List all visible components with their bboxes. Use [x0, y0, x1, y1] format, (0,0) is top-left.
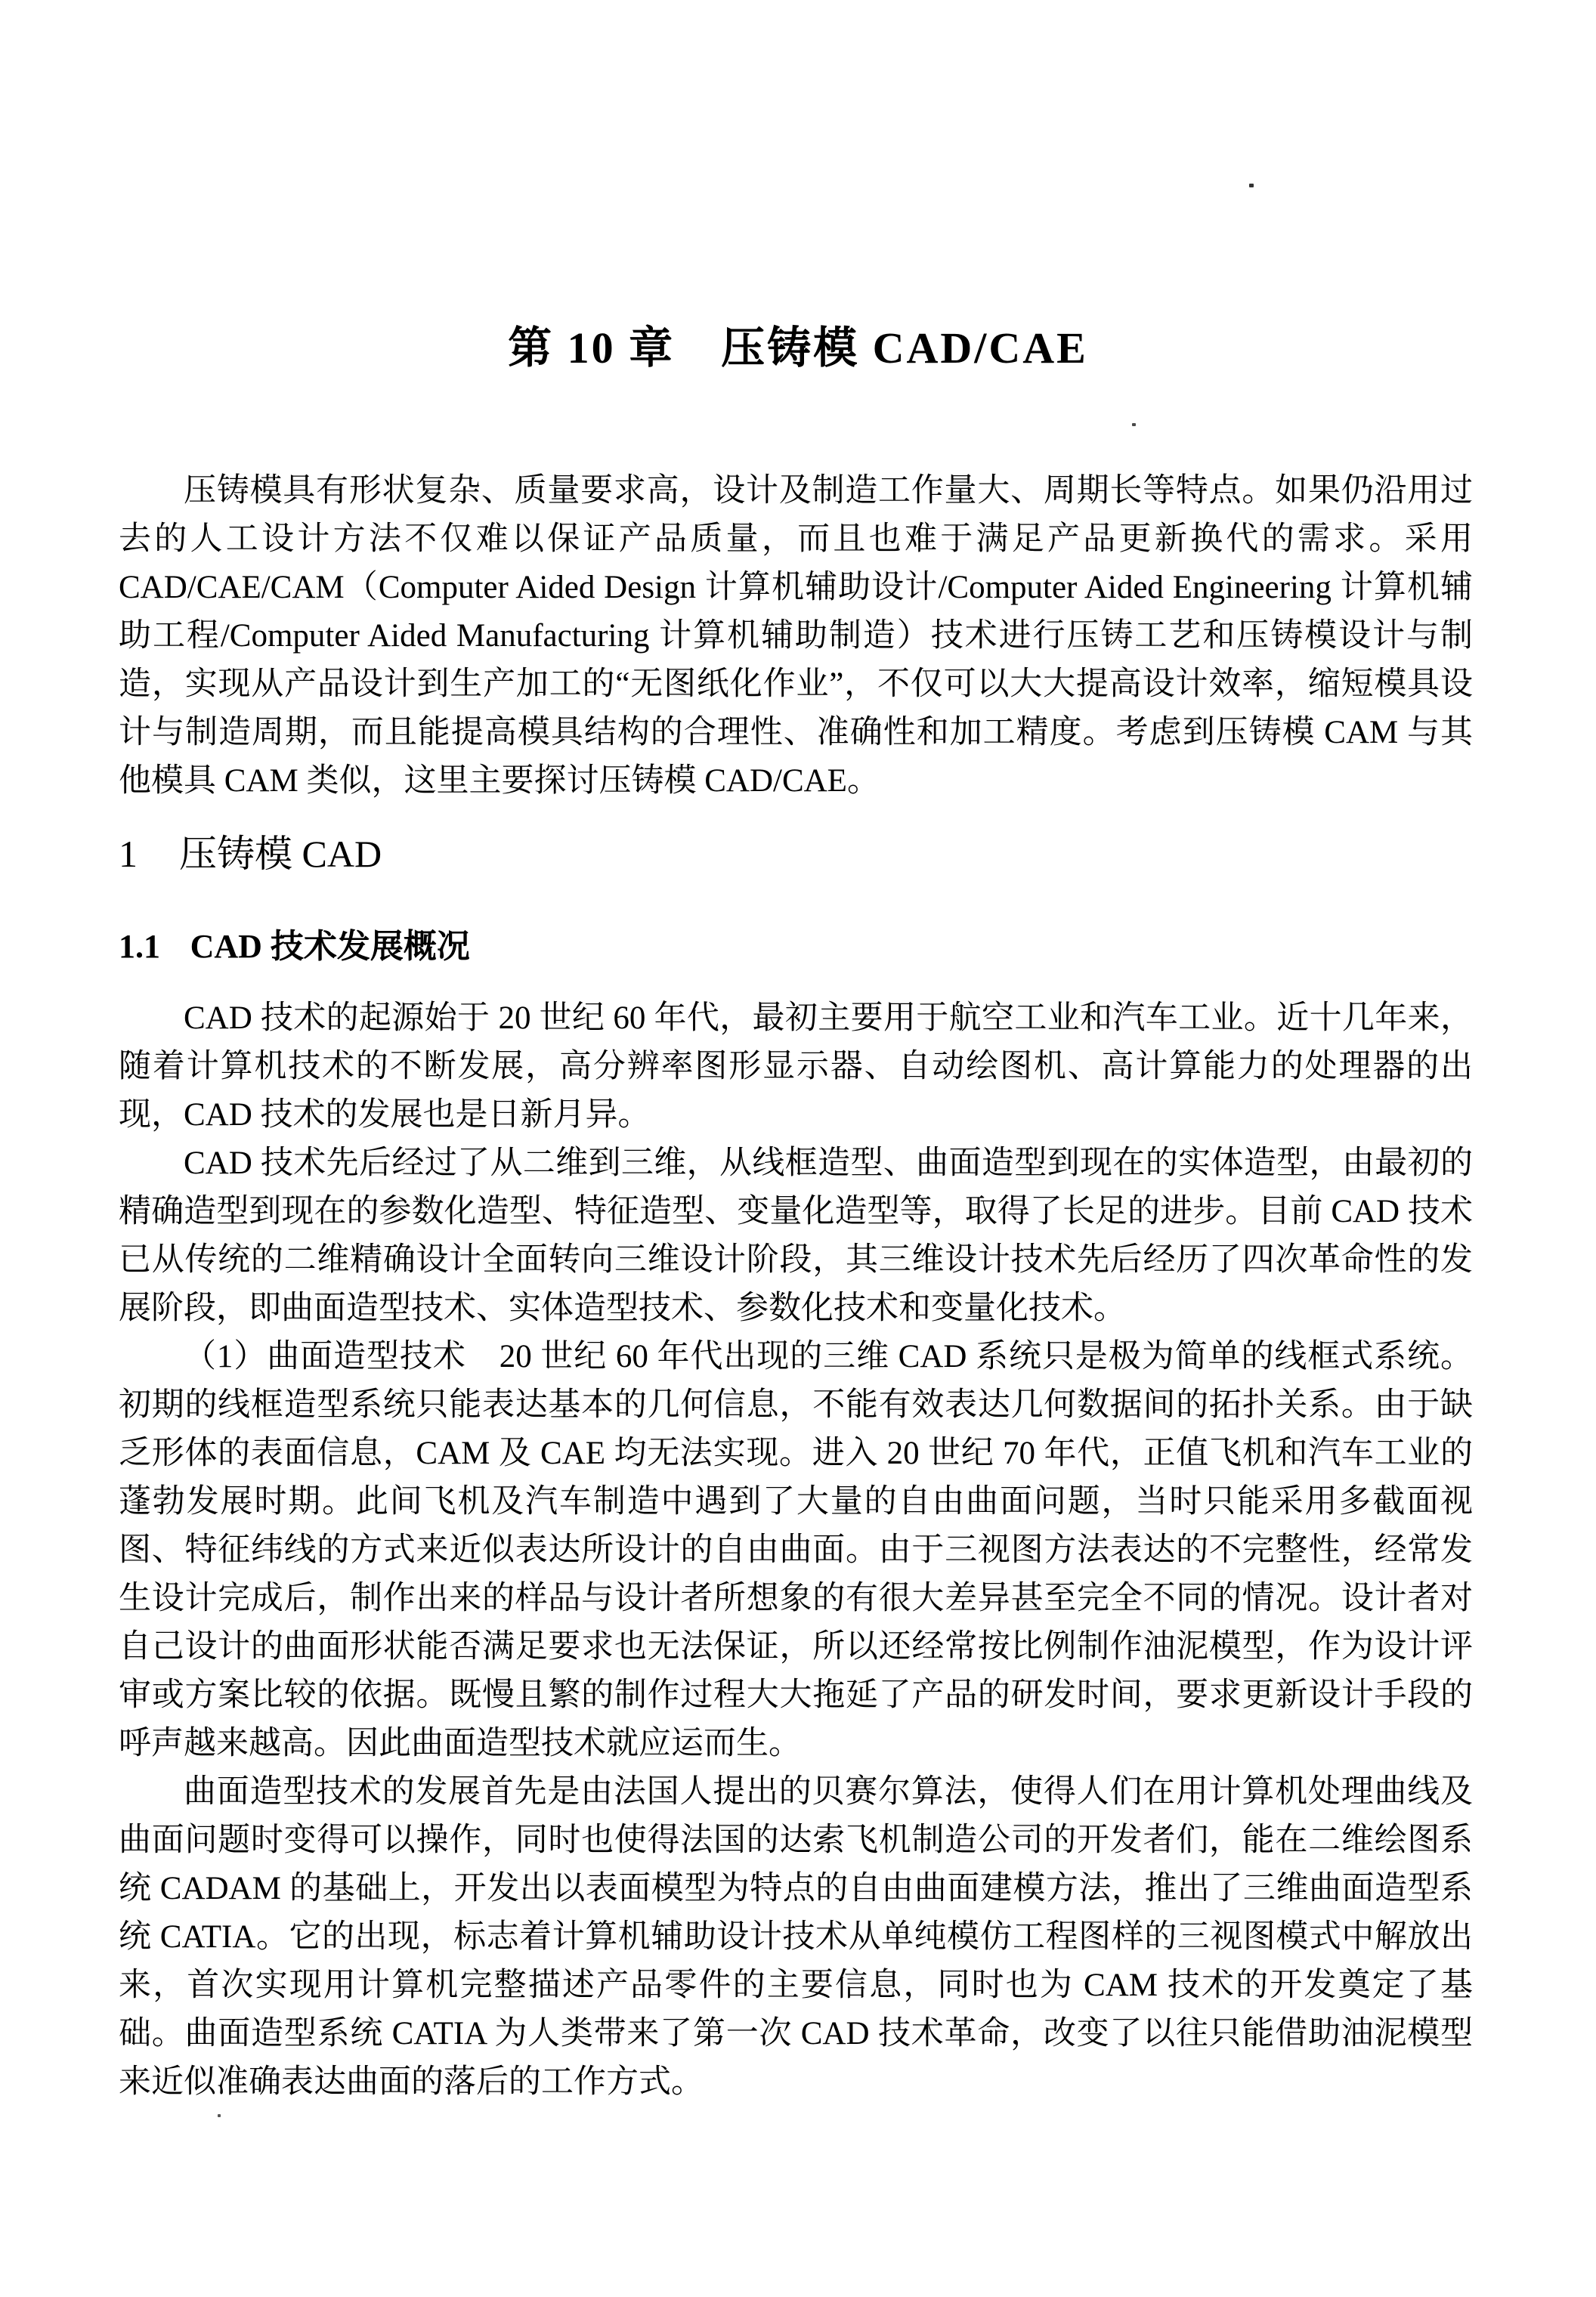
scan-speck [218, 2114, 221, 2117]
subsection-number: 1.1 [119, 928, 160, 965]
book-page: 第 10 章 压铸模 CAD/CAE 压铸模具有形状复杂、质量要求高，设计及制造… [0, 0, 1596, 2297]
section-heading: 1压铸模 CAD [119, 830, 1473, 878]
intro-paragraph: 压铸模具有形状复杂、质量要求高，设计及制造工作量大、周期长等特点。如果仍沿用过去… [119, 467, 1473, 805]
body-paragraph: （1）曲面造型技术 20 世纪 60 年代出现的三维 CAD 系统只是极为简单的… [119, 1333, 1473, 1768]
scan-speck [1249, 184, 1254, 187]
body-paragraph: CAD 技术先后经过了从二维到三维，从线框造型、曲面造型到现在的实体造型，由最初… [119, 1139, 1473, 1333]
scan-speck [1132, 423, 1136, 426]
chapter-title: 第 10 章 压铸模 CAD/CAE [0, 322, 1596, 375]
body-paragraph: CAD 技术的起源始于 20 世纪 60 年代，最初主要用于航空工业和汽车工业。… [119, 994, 1473, 1139]
section-number: 1 [119, 833, 138, 875]
subsection-title: CAD 技术发展概况 [190, 928, 470, 965]
subsection-heading: 1.1CAD 技术发展概况 [119, 925, 1473, 969]
page-body: 压铸模具有形状复杂、质量要求高，设计及制造工作量大、周期长等特点。如果仍沿用过去… [119, 467, 1473, 2107]
section-title: 压铸模 CAD [179, 833, 382, 875]
body-paragraph: 曲面造型技术的发展首先是由法国人提出的贝赛尔算法，使得人们在用计算机处理曲线及曲… [119, 1768, 1473, 2107]
